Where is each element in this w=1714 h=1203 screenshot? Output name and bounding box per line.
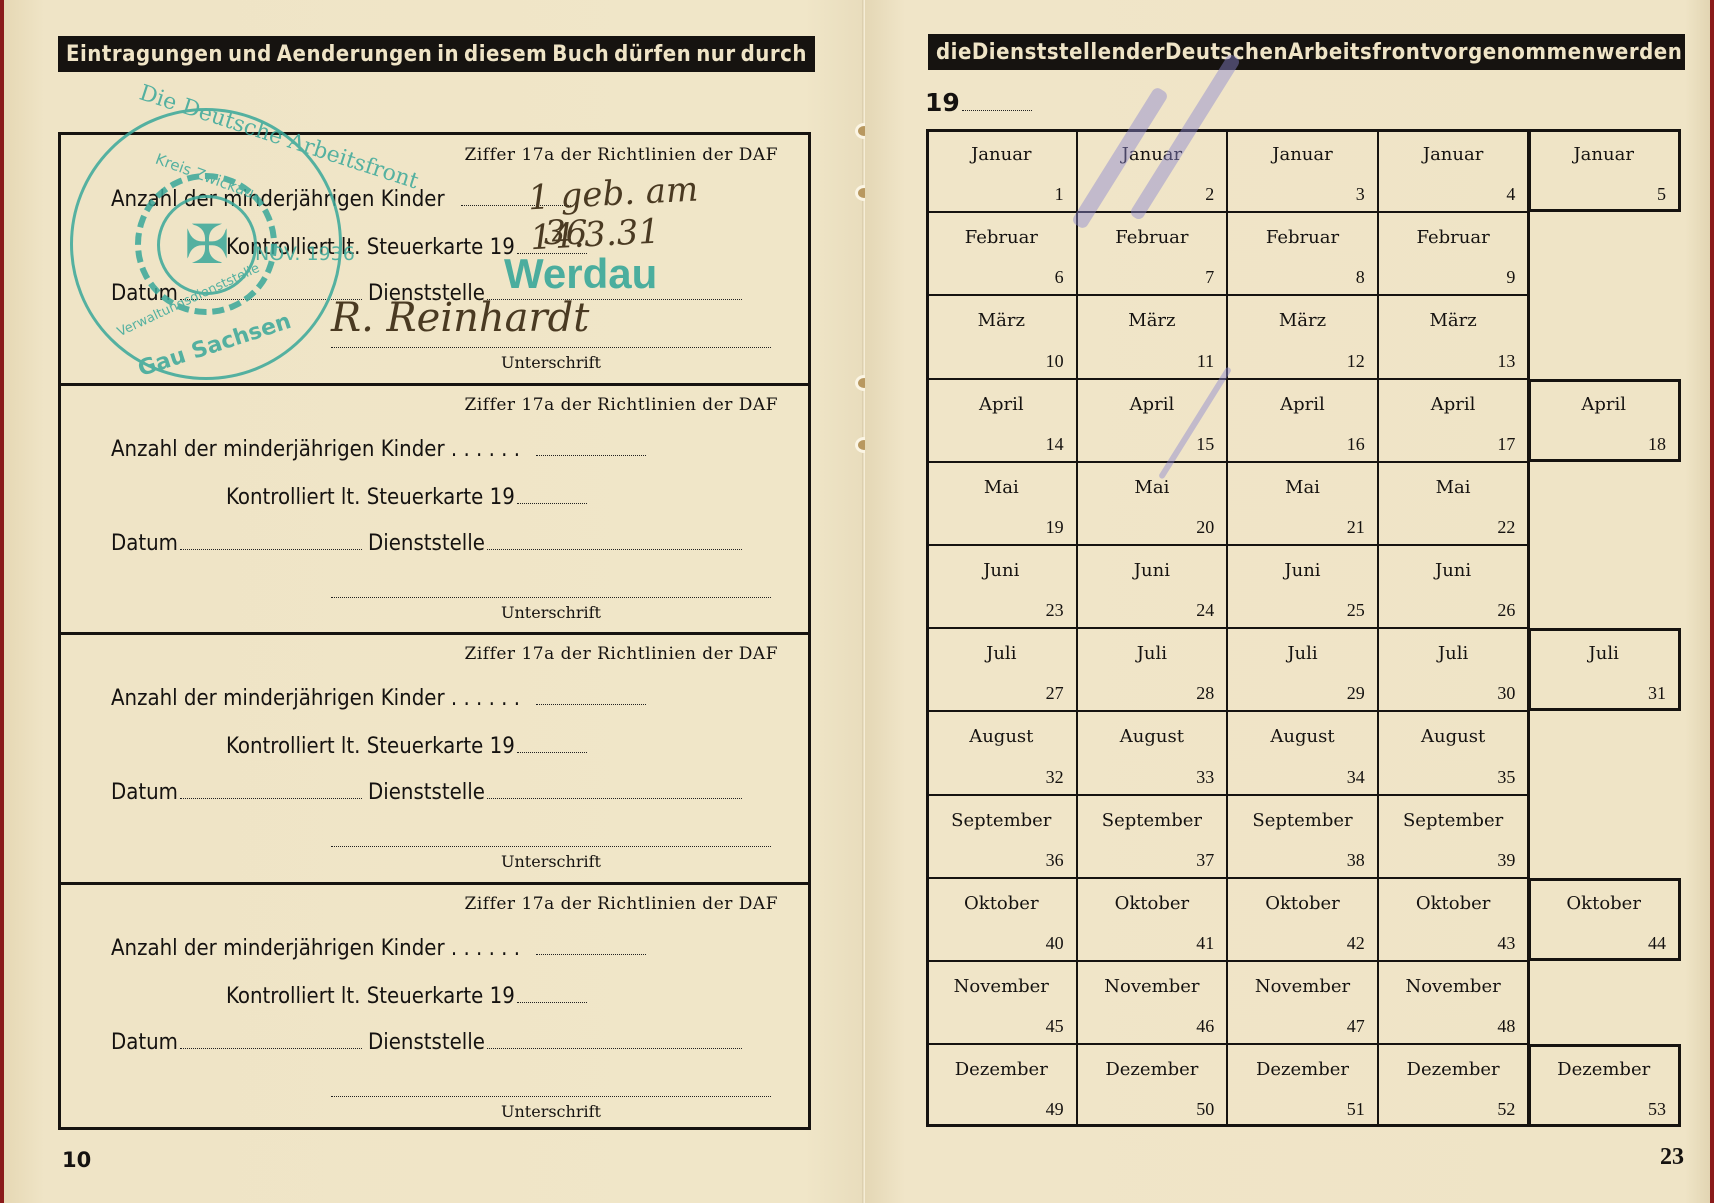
week-cell[interactable]: Oktober40 (926, 878, 1077, 961)
month-label: Februar (1379, 227, 1528, 248)
week-number: 17 (1497, 434, 1515, 455)
tax-card-year-field[interactable] (517, 502, 587, 504)
week-number: 8 (1356, 267, 1365, 288)
week-number: 27 (1046, 683, 1064, 704)
stamp-date: NOV. 1936 (255, 243, 355, 265)
week-cell[interactable]: Juli28 (1077, 628, 1228, 711)
week-number: 26 (1497, 600, 1515, 621)
week-cell[interactable]: September39 (1378, 795, 1529, 878)
week-number: 13 (1497, 351, 1515, 372)
month-label: November (1379, 976, 1528, 997)
week-number: 29 (1347, 683, 1365, 704)
week-number: 44 (1648, 933, 1666, 954)
week-number: 40 (1046, 933, 1064, 954)
month-label: Dezember (1078, 1059, 1227, 1080)
office-label: Dienststelle (368, 1030, 485, 1055)
date-label: Datum (111, 531, 178, 556)
month-label: Mai (1078, 477, 1227, 498)
week-cell[interactable]: Februar9 (1378, 212, 1529, 295)
week-number: 1 (1055, 184, 1064, 205)
week-number: 24 (1196, 600, 1214, 621)
week-cell[interactable]: August32 (926, 711, 1077, 794)
week-cell[interactable]: Oktober42 (1227, 878, 1378, 961)
month-label: November (927, 976, 1076, 997)
regulation-reference: Ziffer 17a der Richtlinien der DAF (465, 145, 778, 165)
date-office-row: DatumDienststelle (111, 780, 742, 805)
week-cell[interactable]: November45 (926, 961, 1077, 1044)
office-field[interactable] (487, 548, 742, 550)
week-cell[interactable]: April15 (1077, 379, 1228, 462)
children-count-field[interactable] (536, 703, 646, 705)
office-field[interactable] (487, 1047, 742, 1049)
tax-card-year-field[interactable] (517, 751, 587, 753)
week-number: 14 (1046, 434, 1064, 455)
week-cell[interactable]: Juni24 (1077, 545, 1228, 628)
week-cell[interactable]: September36 (926, 795, 1077, 878)
week-cell[interactable]: Oktober43 (1378, 878, 1529, 961)
week-cell[interactable]: April17 (1378, 379, 1529, 462)
week-number: 49 (1046, 1099, 1064, 1120)
children-count-row: Anzahl der minderjährigen Kinder . . . .… (111, 437, 646, 462)
month-label: Oktober (1529, 893, 1678, 914)
month-label: August (1078, 726, 1227, 747)
children-count-row: Anzahl der minderjährigen Kinder . . . .… (111, 936, 646, 961)
week-number: 48 (1497, 1016, 1515, 1037)
week-number: 12 (1347, 351, 1365, 372)
month-label: Februar (927, 227, 1076, 248)
week-number: 42 (1347, 933, 1365, 954)
week-cell[interactable]: September37 (1077, 795, 1228, 878)
week-number: 46 (1196, 1016, 1214, 1037)
month-label: März (927, 310, 1076, 331)
date-field[interactable] (180, 548, 362, 550)
entry-section: Ziffer 17a der Richtlinien der DAFAnzahl… (61, 385, 808, 635)
handwritten-signature: R. Reinhardt (331, 295, 589, 341)
month-label: Mai (1379, 477, 1528, 498)
month-label: Dezember (1228, 1059, 1377, 1080)
month-label: August (1379, 726, 1528, 747)
week-number: 47 (1347, 1016, 1365, 1037)
week-cell[interactable]: Juli31 (1528, 628, 1679, 711)
signature-field[interactable] (331, 597, 771, 598)
entry-section: Ziffer 17a der Richtlinien der DAFAnzahl… (61, 634, 808, 884)
page-number-left: 10 (62, 1148, 91, 1172)
entry-section: Ziffer 17a der Richtlinien der DAFAnzahl… (61, 884, 808, 1134)
week-cell[interactable]: März12 (1227, 295, 1378, 378)
month-label: Oktober (1078, 893, 1227, 914)
week-cell[interactable]: Februar6 (926, 212, 1077, 295)
week-cell[interactable]: Mai19 (926, 462, 1077, 545)
week-cell[interactable]: August35 (1378, 711, 1529, 794)
tax-card-label: Kontrolliert lt. Steuerkarte 19 (226, 734, 515, 759)
children-count-field[interactable] (536, 953, 646, 955)
month-label: Februar (1078, 227, 1227, 248)
week-number: 30 (1497, 683, 1515, 704)
week-number: 25 (1347, 600, 1365, 621)
week-cell[interactable]: Februar8 (1227, 212, 1378, 295)
month-label: September (1379, 810, 1528, 831)
week-number: 4 (1506, 184, 1515, 205)
week-cell[interactable]: Mai21 (1227, 462, 1378, 545)
children-count-row: Anzahl der minderjährigen Kinder . . . .… (111, 686, 646, 711)
month-label: Januar (927, 144, 1076, 165)
week-number: 51 (1347, 1099, 1365, 1120)
week-cell[interactable]: Januar5 (1528, 129, 1679, 212)
week-cell[interactable]: November46 (1077, 961, 1228, 1044)
week-number: 33 (1196, 767, 1214, 788)
children-count-field[interactable] (536, 454, 646, 456)
week-cell[interactable]: September38 (1227, 795, 1378, 878)
month-label: September (1228, 810, 1377, 831)
week-number: 41 (1196, 933, 1214, 954)
week-cell[interactable]: März10 (926, 295, 1077, 378)
month-label: August (927, 726, 1076, 747)
week-cell[interactable]: Juli30 (1378, 628, 1529, 711)
week-number: 15 (1196, 434, 1214, 455)
month-label: September (1078, 810, 1227, 831)
week-number: 53 (1648, 1099, 1666, 1120)
week-number: 11 (1197, 351, 1214, 372)
month-label: Januar (1228, 144, 1377, 165)
week-number: 50 (1196, 1099, 1214, 1120)
week-number: 38 (1347, 850, 1365, 871)
year-label: 19 (925, 88, 960, 117)
left-header-banner: EintragungenundAenderungenindiesemBuchdü… (58, 36, 815, 72)
emblem-icon: ✠ (177, 215, 237, 275)
week-number: 21 (1347, 517, 1365, 538)
month-label: Juni (1379, 560, 1528, 581)
date-field[interactable] (180, 1047, 362, 1049)
office-field[interactable] (487, 797, 742, 799)
signature-field[interactable] (331, 1096, 771, 1097)
month-label: Juni (1078, 560, 1227, 581)
month-label: Oktober (1379, 893, 1528, 914)
week-cell[interactable]: Februar7 (1077, 212, 1228, 295)
month-label: Februar (1228, 227, 1377, 248)
week-number: 34 (1347, 767, 1365, 788)
page-number-right: 23 (1660, 1144, 1684, 1171)
week-cell[interactable]: März13 (1378, 295, 1529, 378)
week-number: 35 (1497, 767, 1515, 788)
week-number: 52 (1497, 1099, 1515, 1120)
week-number: 3 (1356, 184, 1365, 205)
week-number: 23 (1046, 600, 1064, 621)
week-cell[interactable]: Dezember52 (1378, 1044, 1529, 1127)
month-label: Oktober (1228, 893, 1377, 914)
month-label: Juli (1379, 643, 1528, 664)
month-label: Juni (1228, 560, 1377, 581)
month-label: Oktober (927, 893, 1076, 914)
month-label: März (1078, 310, 1227, 331)
week-number: 22 (1497, 517, 1515, 538)
date-label: Datum (111, 780, 178, 805)
month-label: Dezember (1379, 1059, 1528, 1080)
week-cell[interactable]: Juni23 (926, 545, 1077, 628)
date-field[interactable] (180, 797, 362, 799)
month-label: November (1228, 976, 1377, 997)
signature-field[interactable] (331, 347, 771, 348)
month-label: Dezember (927, 1059, 1076, 1080)
week-cell[interactable]: Dezember53 (1528, 1044, 1679, 1127)
tax-card-row: Kontrolliert lt. Steuerkarte 19 (226, 984, 587, 1009)
left-page: EintragungenundAenderungenindiesemBuchdü… (4, 0, 865, 1203)
date-office-row: DatumDienststelle (111, 1030, 742, 1055)
week-number: 10 (1046, 351, 1064, 372)
week-number: 31 (1648, 683, 1666, 704)
right-header-text: dieDienststellenderDeutschenArbeitsfront… (936, 40, 1677, 65)
office-label: Dienststelle (368, 780, 485, 805)
week-number: 6 (1055, 267, 1064, 288)
week-cell[interactable]: Juli27 (926, 628, 1077, 711)
week-number: 2 (1205, 184, 1214, 205)
date-label: Datum (111, 1030, 178, 1055)
week-cell[interactable]: Mai20 (1077, 462, 1228, 545)
week-number: 28 (1196, 683, 1214, 704)
right-header-banner: dieDienststellenderDeutschenArbeitsfront… (928, 34, 1685, 70)
handwritten-tax-year: 36 (544, 213, 587, 253)
week-cell[interactable]: Oktober41 (1077, 878, 1228, 961)
month-label: April (927, 394, 1076, 415)
signature-field[interactable] (331, 846, 771, 847)
regulation-reference: Ziffer 17a der Richtlinien der DAF (465, 894, 778, 914)
week-number: 7 (1205, 267, 1214, 288)
week-number: 18 (1648, 434, 1666, 455)
left-header-text: EintragungenundAenderungenindiesemBuchdü… (66, 42, 807, 67)
month-label: Juli (1529, 643, 1678, 664)
week-cell[interactable]: Oktober44 (1528, 878, 1679, 961)
week-cell[interactable]: März11 (1077, 295, 1228, 378)
week-cell[interactable]: Dezember49 (926, 1044, 1077, 1127)
week-cell[interactable]: November48 (1378, 961, 1529, 1044)
week-cell[interactable]: Januar4 (1378, 129, 1529, 212)
week-number: 37 (1196, 850, 1214, 871)
signature-label: Unterschrift (501, 1102, 601, 1121)
week-number: 19 (1046, 517, 1064, 538)
week-cell[interactable]: Juni25 (1227, 545, 1378, 628)
week-cell[interactable]: Januar3 (1227, 129, 1378, 212)
month-label: Juni (927, 560, 1076, 581)
year-blank[interactable] (962, 109, 1032, 111)
month-label: August (1228, 726, 1377, 747)
tax-card-row: Kontrolliert lt. Steuerkarte 19 (226, 734, 587, 759)
week-cell[interactable]: Juli29 (1227, 628, 1378, 711)
week-cell[interactable]: Dezember51 (1227, 1044, 1378, 1127)
week-cell[interactable]: Juni26 (1378, 545, 1529, 628)
children-count-label: Anzahl der minderjährigen Kinder . . . .… (111, 686, 520, 711)
month-label: Mai (927, 477, 1076, 498)
week-cell[interactable]: April16 (1227, 379, 1378, 462)
month-label: April (1379, 394, 1528, 415)
month-label: Juli (1228, 643, 1377, 664)
tax-card-year-field[interactable] (517, 1001, 587, 1003)
week-cell[interactable]: August34 (1227, 711, 1378, 794)
month-label: Juli (1078, 643, 1227, 664)
tax-card-label: Kontrolliert lt. Steuerkarte 19 (226, 485, 515, 510)
signature-label: Unterschrift (501, 603, 601, 622)
month-label: Mai (1228, 477, 1377, 498)
signature-label: Unterschrift (501, 353, 601, 372)
week-number: 32 (1046, 767, 1064, 788)
week-number: 16 (1347, 434, 1365, 455)
week-cell[interactable]: April18 (1528, 379, 1679, 462)
week-number: 39 (1497, 850, 1515, 871)
week-cell[interactable]: April14 (926, 379, 1077, 462)
month-label: März (1379, 310, 1528, 331)
tax-card-label: Kontrolliert lt. Steuerkarte 19 (226, 984, 515, 1009)
date-office-row: DatumDienststelle (111, 531, 742, 556)
signature-label: Unterschrift (501, 852, 601, 871)
week-number: 20 (1196, 517, 1214, 538)
week-number: 5 (1657, 184, 1666, 205)
month-label: April (1529, 394, 1678, 415)
week-cell[interactable]: November47 (1227, 961, 1378, 1044)
regulation-reference: Ziffer 17a der Richtlinien der DAF (465, 644, 778, 664)
week-cell[interactable]: Dezember50 (1077, 1044, 1228, 1127)
week-cell[interactable]: August33 (1077, 711, 1228, 794)
children-count-label: Anzahl der minderjährigen Kinder . . . .… (111, 936, 520, 961)
year-field[interactable]: 19 (925, 88, 1032, 117)
office-stamp-werdau: Werdau (504, 250, 657, 298)
week-cell[interactable]: Mai22 (1378, 462, 1529, 545)
daf-stamp: ✠ Die Deutsche Arbeitsfront Kreis Zwicka… (70, 108, 342, 380)
month-label: März (1228, 310, 1377, 331)
regulation-reference: Ziffer 17a der Richtlinien der DAF (465, 395, 778, 415)
month-label: Januar (1529, 144, 1678, 165)
month-label: Dezember (1529, 1059, 1678, 1080)
month-label: Januar (1379, 144, 1528, 165)
month-label: Januar (1078, 144, 1227, 165)
week-number: 45 (1046, 1016, 1064, 1037)
children-count-label: Anzahl der minderjährigen Kinder . . . .… (111, 437, 520, 462)
tax-card-row: Kontrolliert lt. Steuerkarte 19 (226, 485, 587, 510)
week-number: 36 (1046, 850, 1064, 871)
office-label: Dienststelle (368, 531, 485, 556)
week-number: 43 (1497, 933, 1515, 954)
week-number: 9 (1506, 267, 1515, 288)
month-label: September (927, 810, 1076, 831)
month-label: November (1078, 976, 1227, 997)
week-cell[interactable]: Januar1 (926, 129, 1077, 212)
month-label: Juli (927, 643, 1076, 664)
month-label: April (1228, 394, 1377, 415)
